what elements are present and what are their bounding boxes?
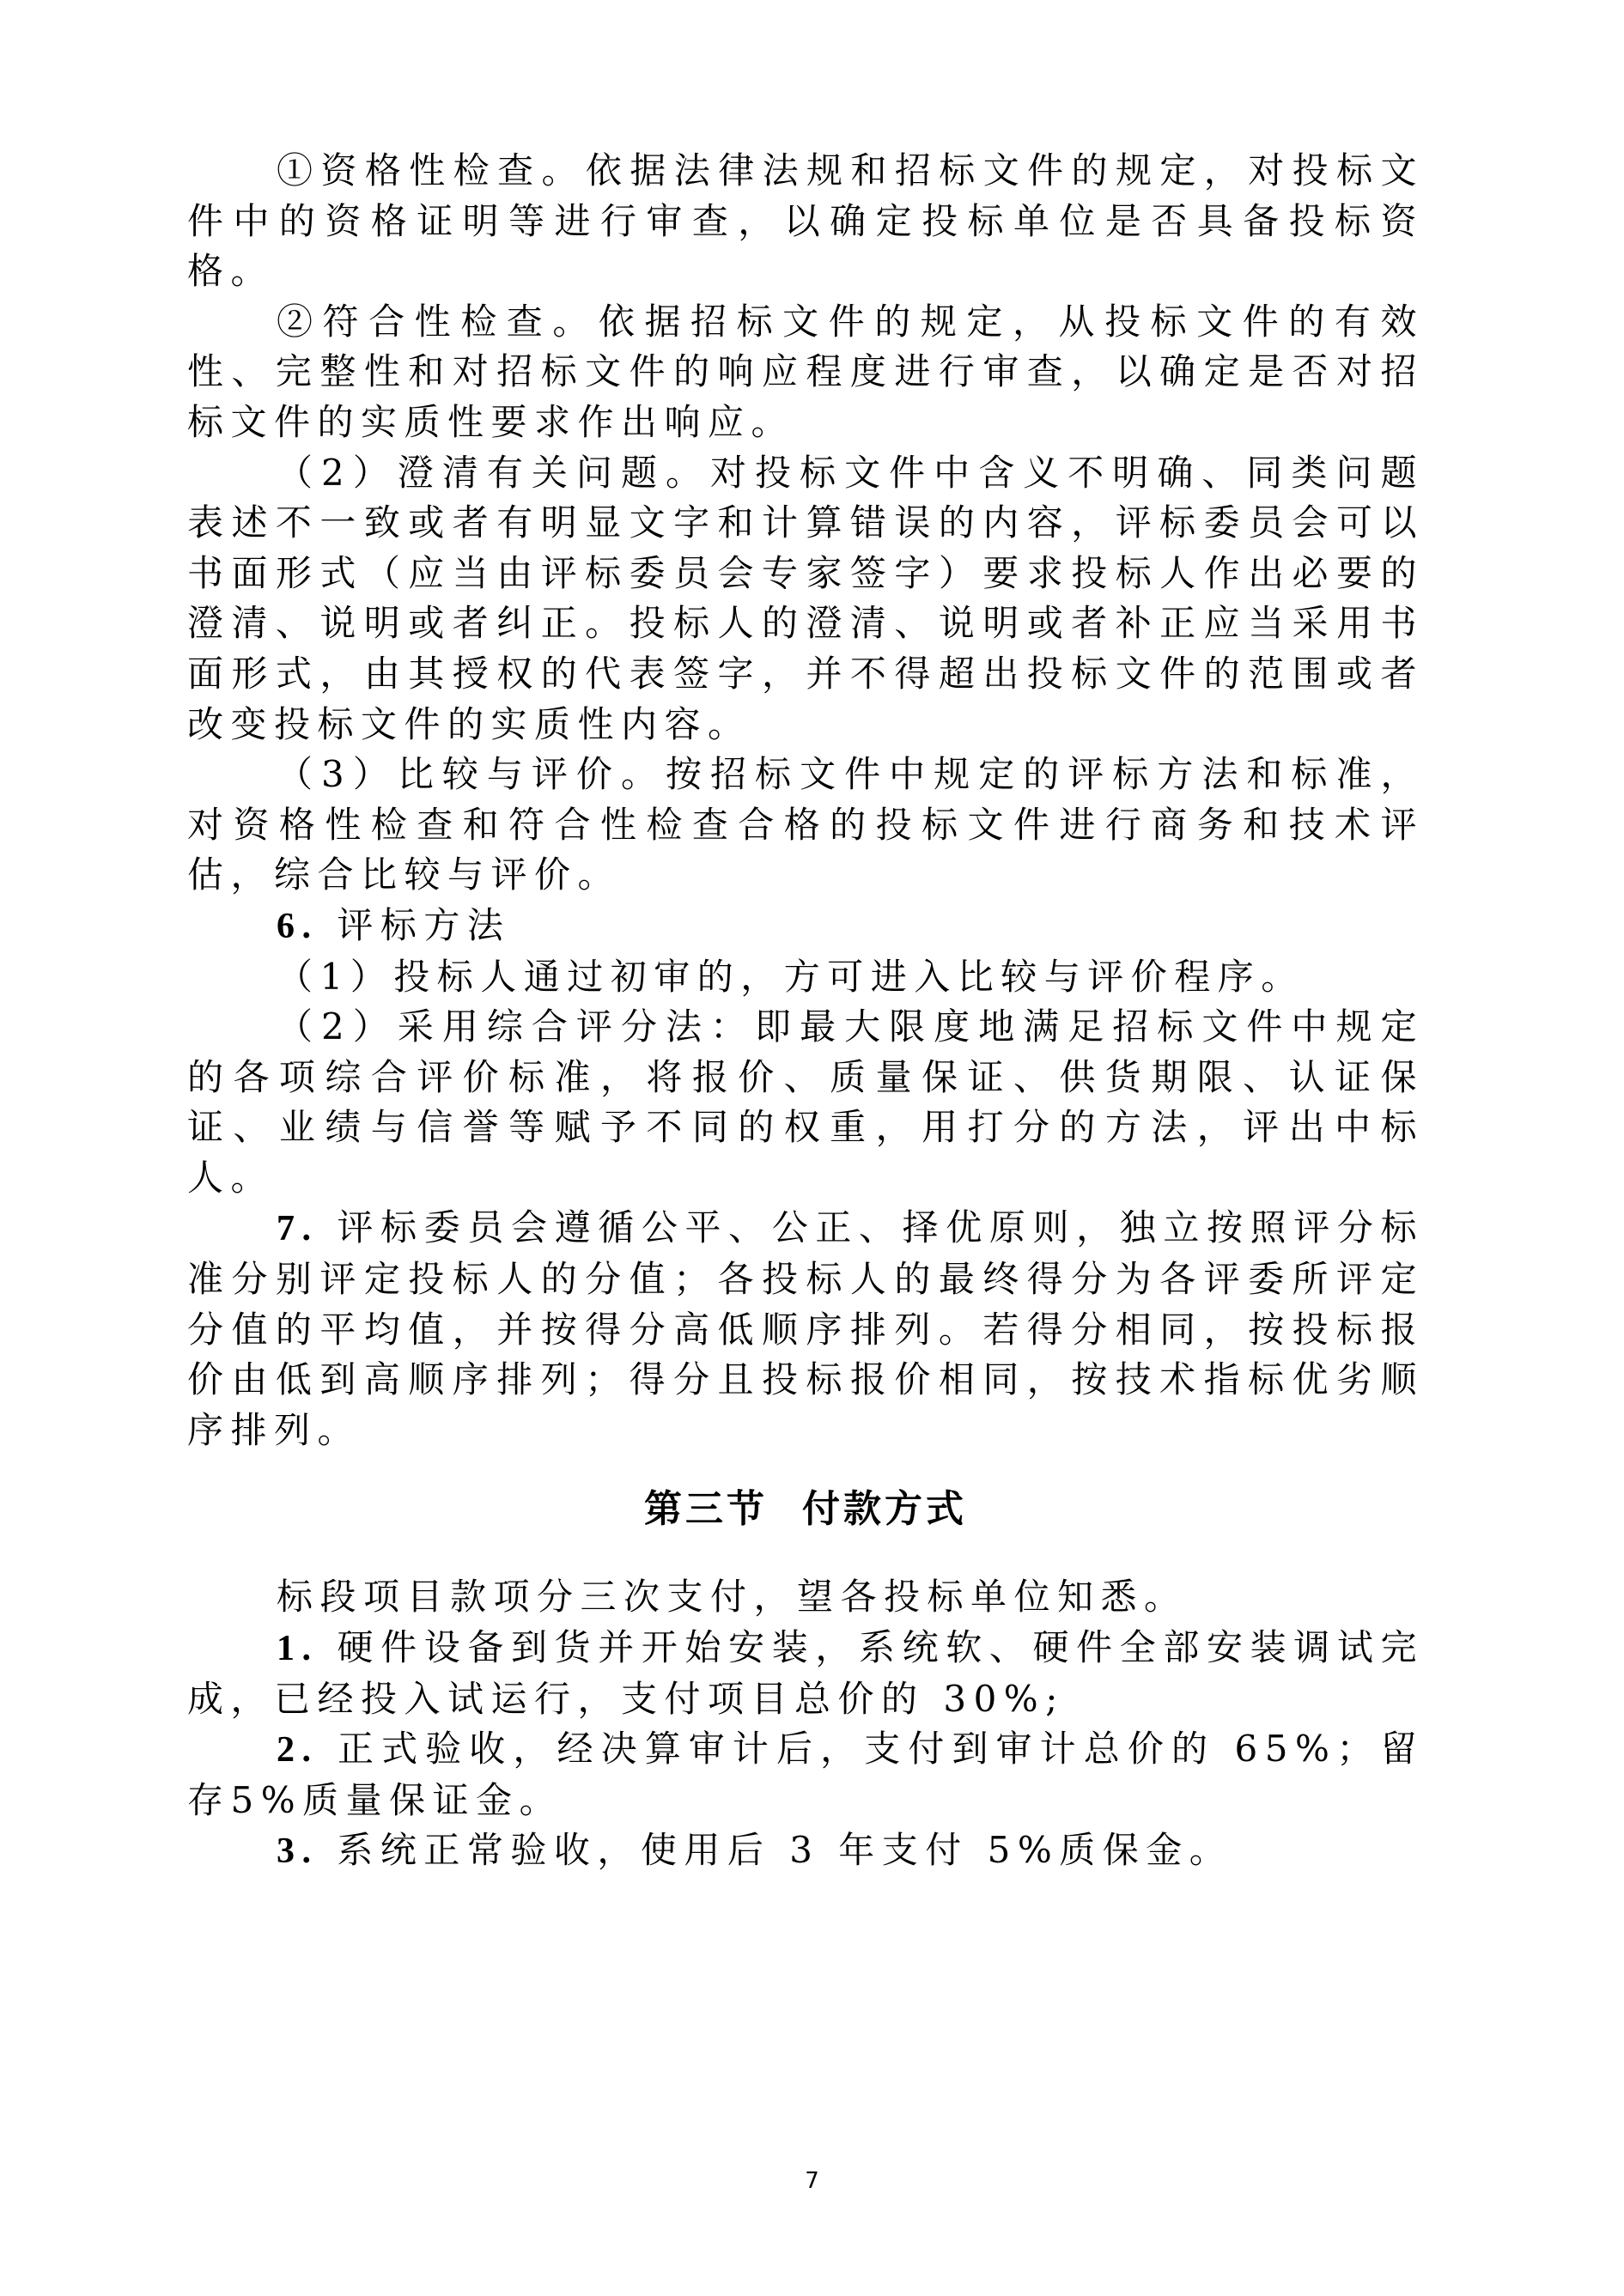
page-number: 7 <box>0 2168 1624 2194</box>
payment-item-3-number: 3. <box>277 1831 319 1871</box>
item-6-heading: 6. 评标方法 <box>187 901 1424 952</box>
payment-item-1-number: 1. <box>277 1629 319 1668</box>
paragraph-comprehensive-scoring: （2）采用综合评分法：即最大限度地满足招标文件中规定的各项综合评价标准，将报价、… <box>187 1002 1424 1203</box>
document-page: ①资格性检查。依据法律法规和招标文件的规定，对投标文件中的资格证明等进行审查，以… <box>187 146 1424 1877</box>
payment-item-2-text: 正式验收，经决算审计后，支付到审计总价的 65%；留存5%质量保证金。 <box>187 1728 1424 1821</box>
item-6-title: 评标方法 <box>337 904 510 946</box>
paragraph-qualification-check: ①资格性检查。依据法律法规和招标文件的规定，对投标文件中的资格证明等进行审查，以… <box>187 146 1424 297</box>
paragraph-preliminary-review: （1）投标人通过初审的，方可进入比较与评价程序。 <box>187 952 1424 1003</box>
payment-item-1-text: 硬件设备到货并开始安装，系统软、硬件全部安装调试完成，已经投入试运行，支付项目总… <box>187 1626 1424 1720</box>
section-heading-title: 付款方式 <box>802 1487 967 1531</box>
payment-item-2-number: 2. <box>277 1730 319 1770</box>
item-7-text: 评标委员会遵循公平、公正、择优原则，独立按照评分标准分别评定投标人的分值；各投标… <box>187 1206 1424 1450</box>
section-heading-payment-method: 第三节付款方式 <box>187 1485 1424 1534</box>
paragraph-comparison-evaluation: （3）比较与评价。按招标文件中规定的评标方法和标准，对资格性检查和符合性检查合格… <box>187 750 1424 901</box>
item-6-number: 6. <box>277 907 319 946</box>
payment-intro: 标段项目款项分三次支付，望各投标单位知悉。 <box>187 1572 1424 1623</box>
payment-item-3: 3. 系统正常验收，使用后 3 年支付 5%质保金。 <box>187 1825 1424 1877</box>
section-heading-number: 第三节 <box>644 1487 768 1531</box>
payment-item-3-text: 系统正常验收，使用后 3 年支付 5%质保金。 <box>337 1829 1232 1871</box>
payment-item-1: 1. 硬件设备到货并开始安装，系统软、硬件全部安装调试完成，已经投入试运行，支付… <box>187 1623 1424 1724</box>
paragraph-conformity-check: ②符合性检查。依据招标文件的规定，从投标文件的有效性、完整性和对招标文件的响应程… <box>187 297 1424 448</box>
item-7-number: 7. <box>277 1209 319 1248</box>
paragraph-clarification: （2）澄清有关问题。对投标文件中含义不明确、同类问题表述不一致或者有明显文字和计… <box>187 448 1424 750</box>
payment-item-2: 2. 正式验收，经决算审计后，支付到审计总价的 65%；留存5%质量保证金。 <box>187 1724 1424 1825</box>
item-7-paragraph: 7. 评标委员会遵循公平、公正、择优原则，独立按照评分标准分别评定投标人的分值；… <box>187 1203 1424 1455</box>
